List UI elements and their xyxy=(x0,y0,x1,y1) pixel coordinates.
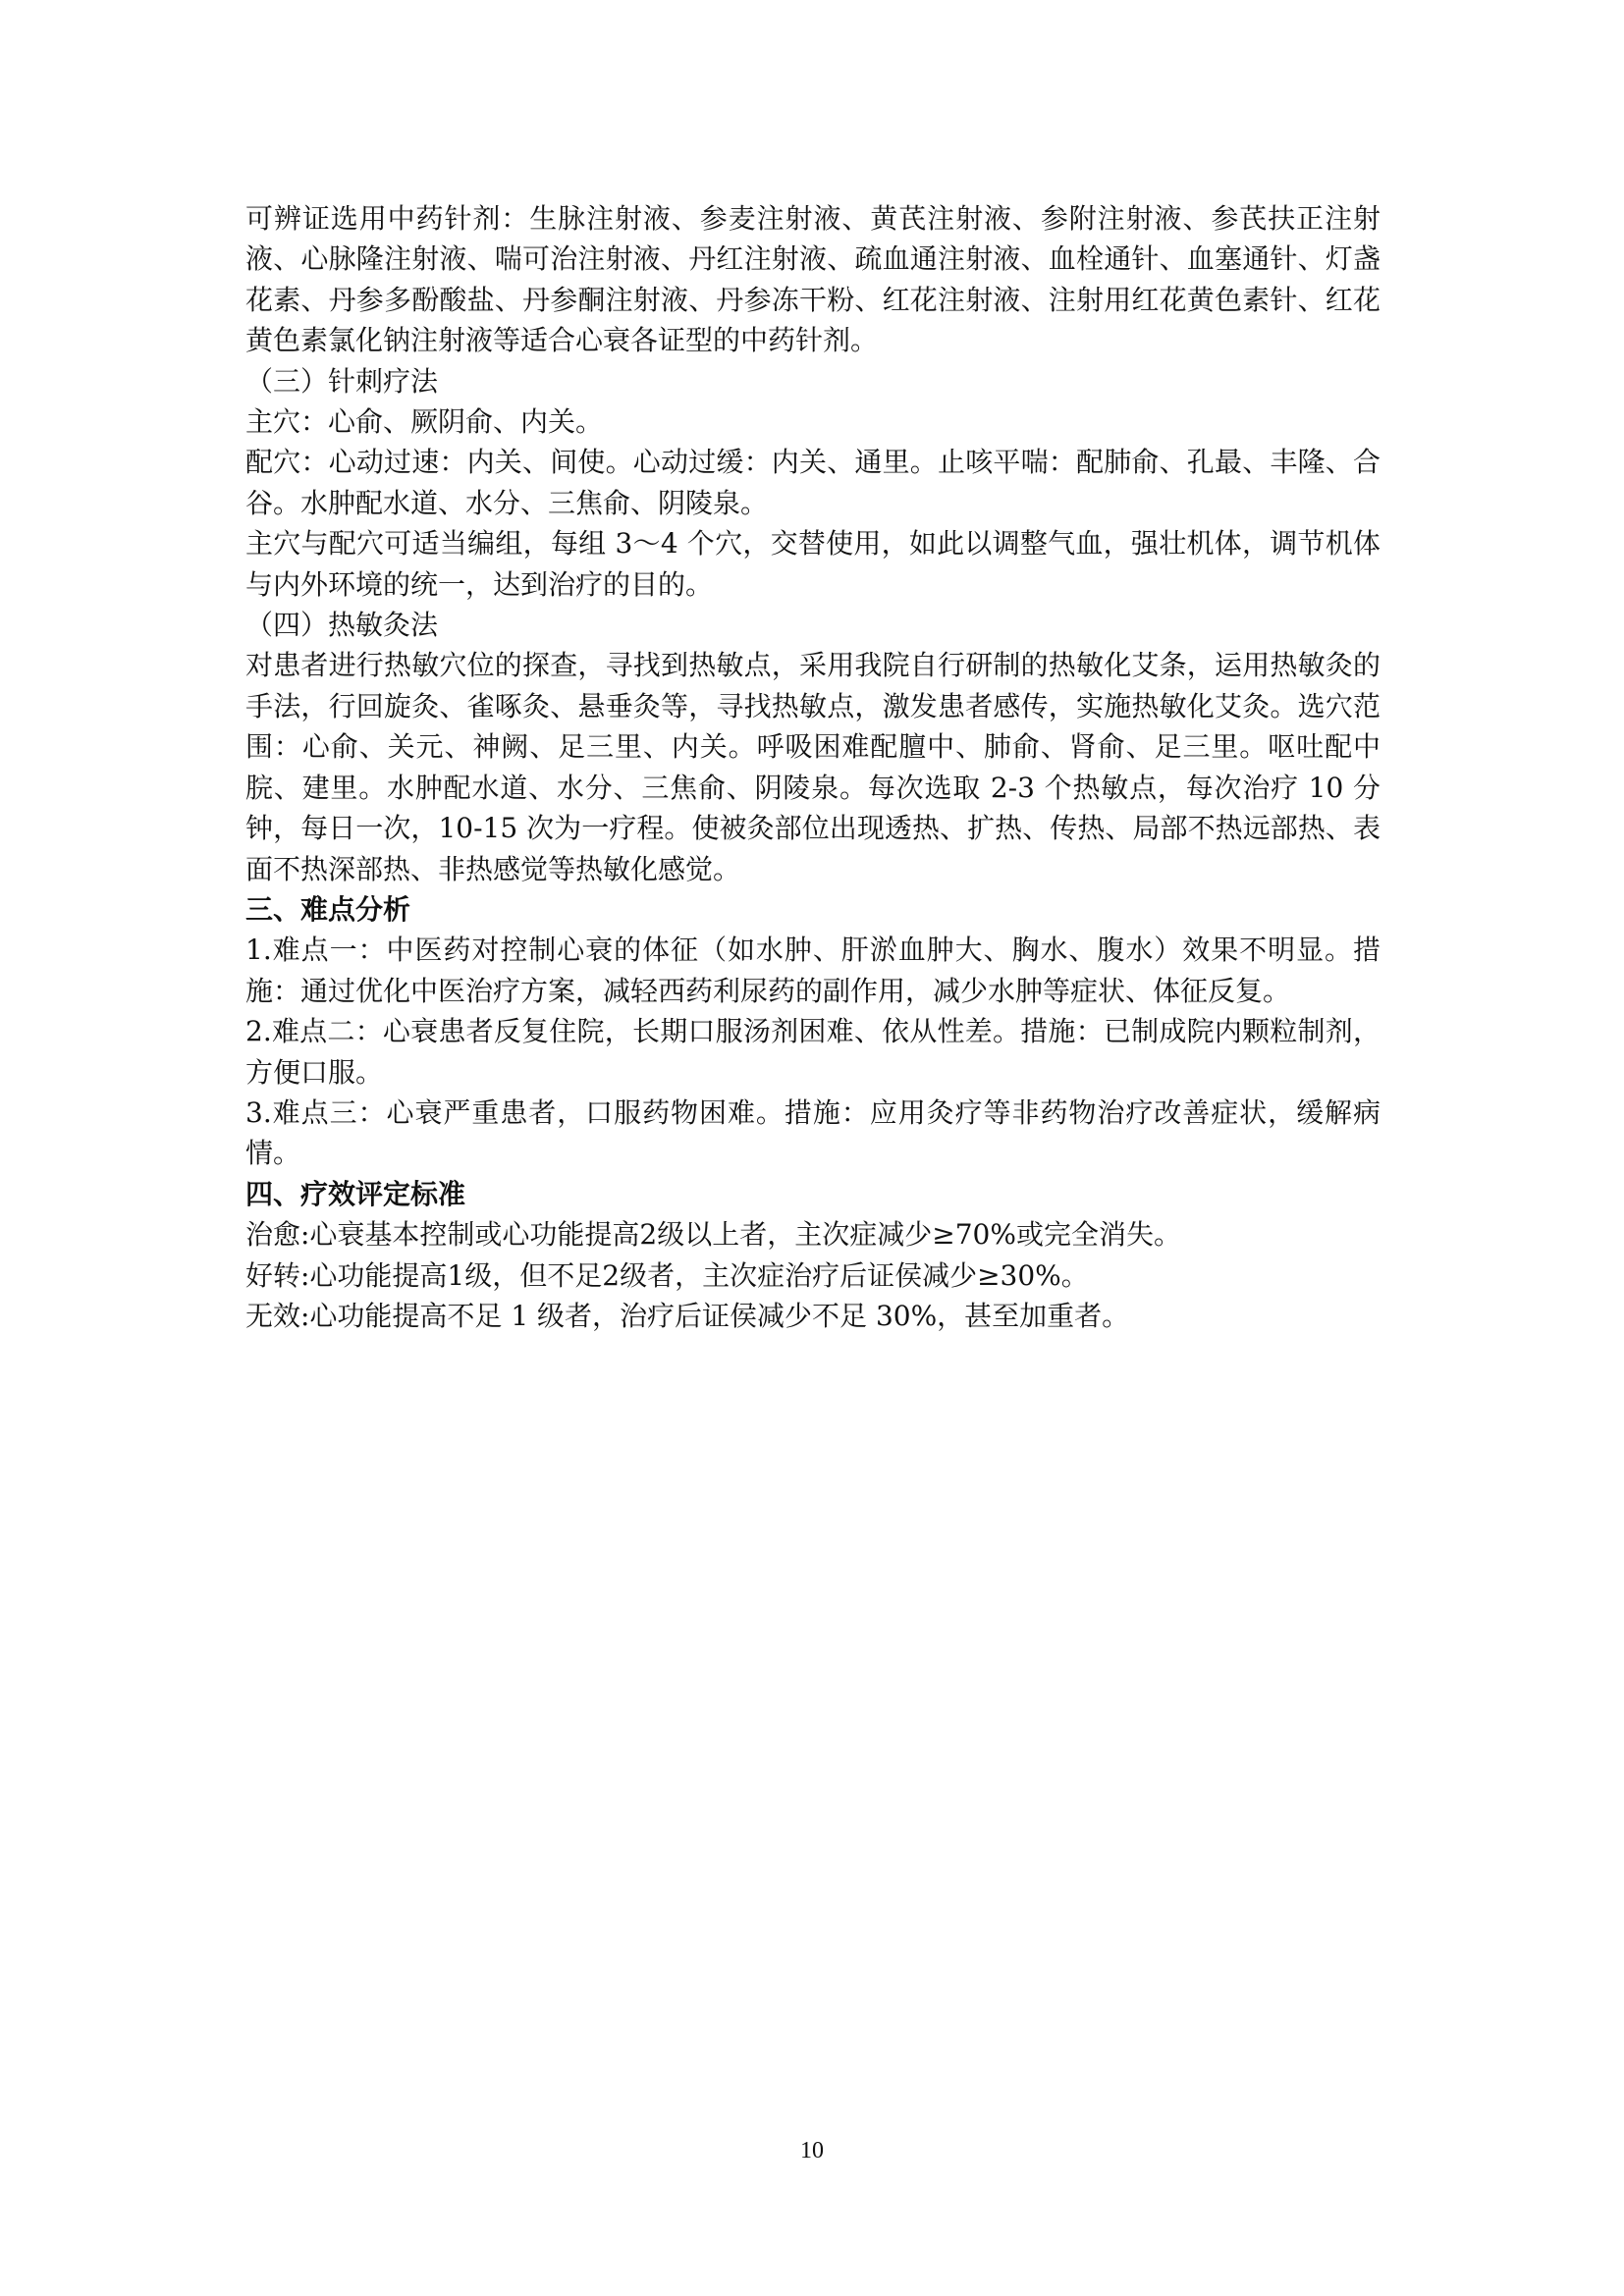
acupuncture-secondary-points: 配穴：心动过速：内关、间使。心动过缓：内关、通里。止咳平喘：配肺俞、孔最、丰隆、… xyxy=(245,442,1380,523)
criteria-item: 治愈:心衰基本控制或心功能提高2级以上者，主次症减少≥70%或完全消失。 xyxy=(245,1214,1380,1255)
criteria-item: 好转:心功能提高1级，但不足2级者，主次症治疗后证侯减少≥30%。 xyxy=(245,1255,1380,1296)
moxibustion-heading: （四）热敏灸法 xyxy=(245,605,1380,645)
page-number: 10 xyxy=(0,2138,1624,2164)
criteria-item: 无效:心功能提高不足 1 级者，治疗后证侯减少不足 30%，甚至加重者。 xyxy=(245,1296,1380,1336)
difficulty-item: 3.难点三：心衰严重患者，口服药物困难。措施：应用灸疗等非药物治疗改善症状，缓解… xyxy=(245,1093,1380,1174)
difficulty-item: 2.难点二：心衰患者反复住院，长期口服汤剂困难、依从性差。措施：已制成院内颗粒制… xyxy=(245,1011,1380,1093)
acupuncture-main-points: 主穴：心俞、厥阴俞、内关。 xyxy=(245,401,1380,442)
criteria-heading: 四、疗效评定标准 xyxy=(245,1174,1380,1214)
difficulty-item: 1.难点一：中医药对控制心衰的体征（如水肿、肝淤血肿大、胸水、腹水）效果不明显。… xyxy=(245,930,1380,1011)
acupuncture-heading: （三）针刺疗法 xyxy=(245,361,1380,401)
acupuncture-grouping: 主穴与配穴可适当编组，每组 3～4 个穴，交替使用，如此以调整气血，强壮机体，调… xyxy=(245,523,1380,605)
document-body: 可辨证选用中药针剂：生脉注射液、参麦注射液、黄芪注射液、参附注射液、参芪扶正注射… xyxy=(245,198,1380,1336)
moxibustion-body: 对患者进行热敏穴位的探查，寻找到热敏点，采用我院自行研制的热敏化艾条，运用热敏灸… xyxy=(245,645,1380,888)
intro-paragraph: 可辨证选用中药针剂：生脉注射液、参麦注射液、黄芪注射液、参附注射液、参芪扶正注射… xyxy=(245,198,1380,361)
difficulties-heading: 三、难点分析 xyxy=(245,889,1380,930)
